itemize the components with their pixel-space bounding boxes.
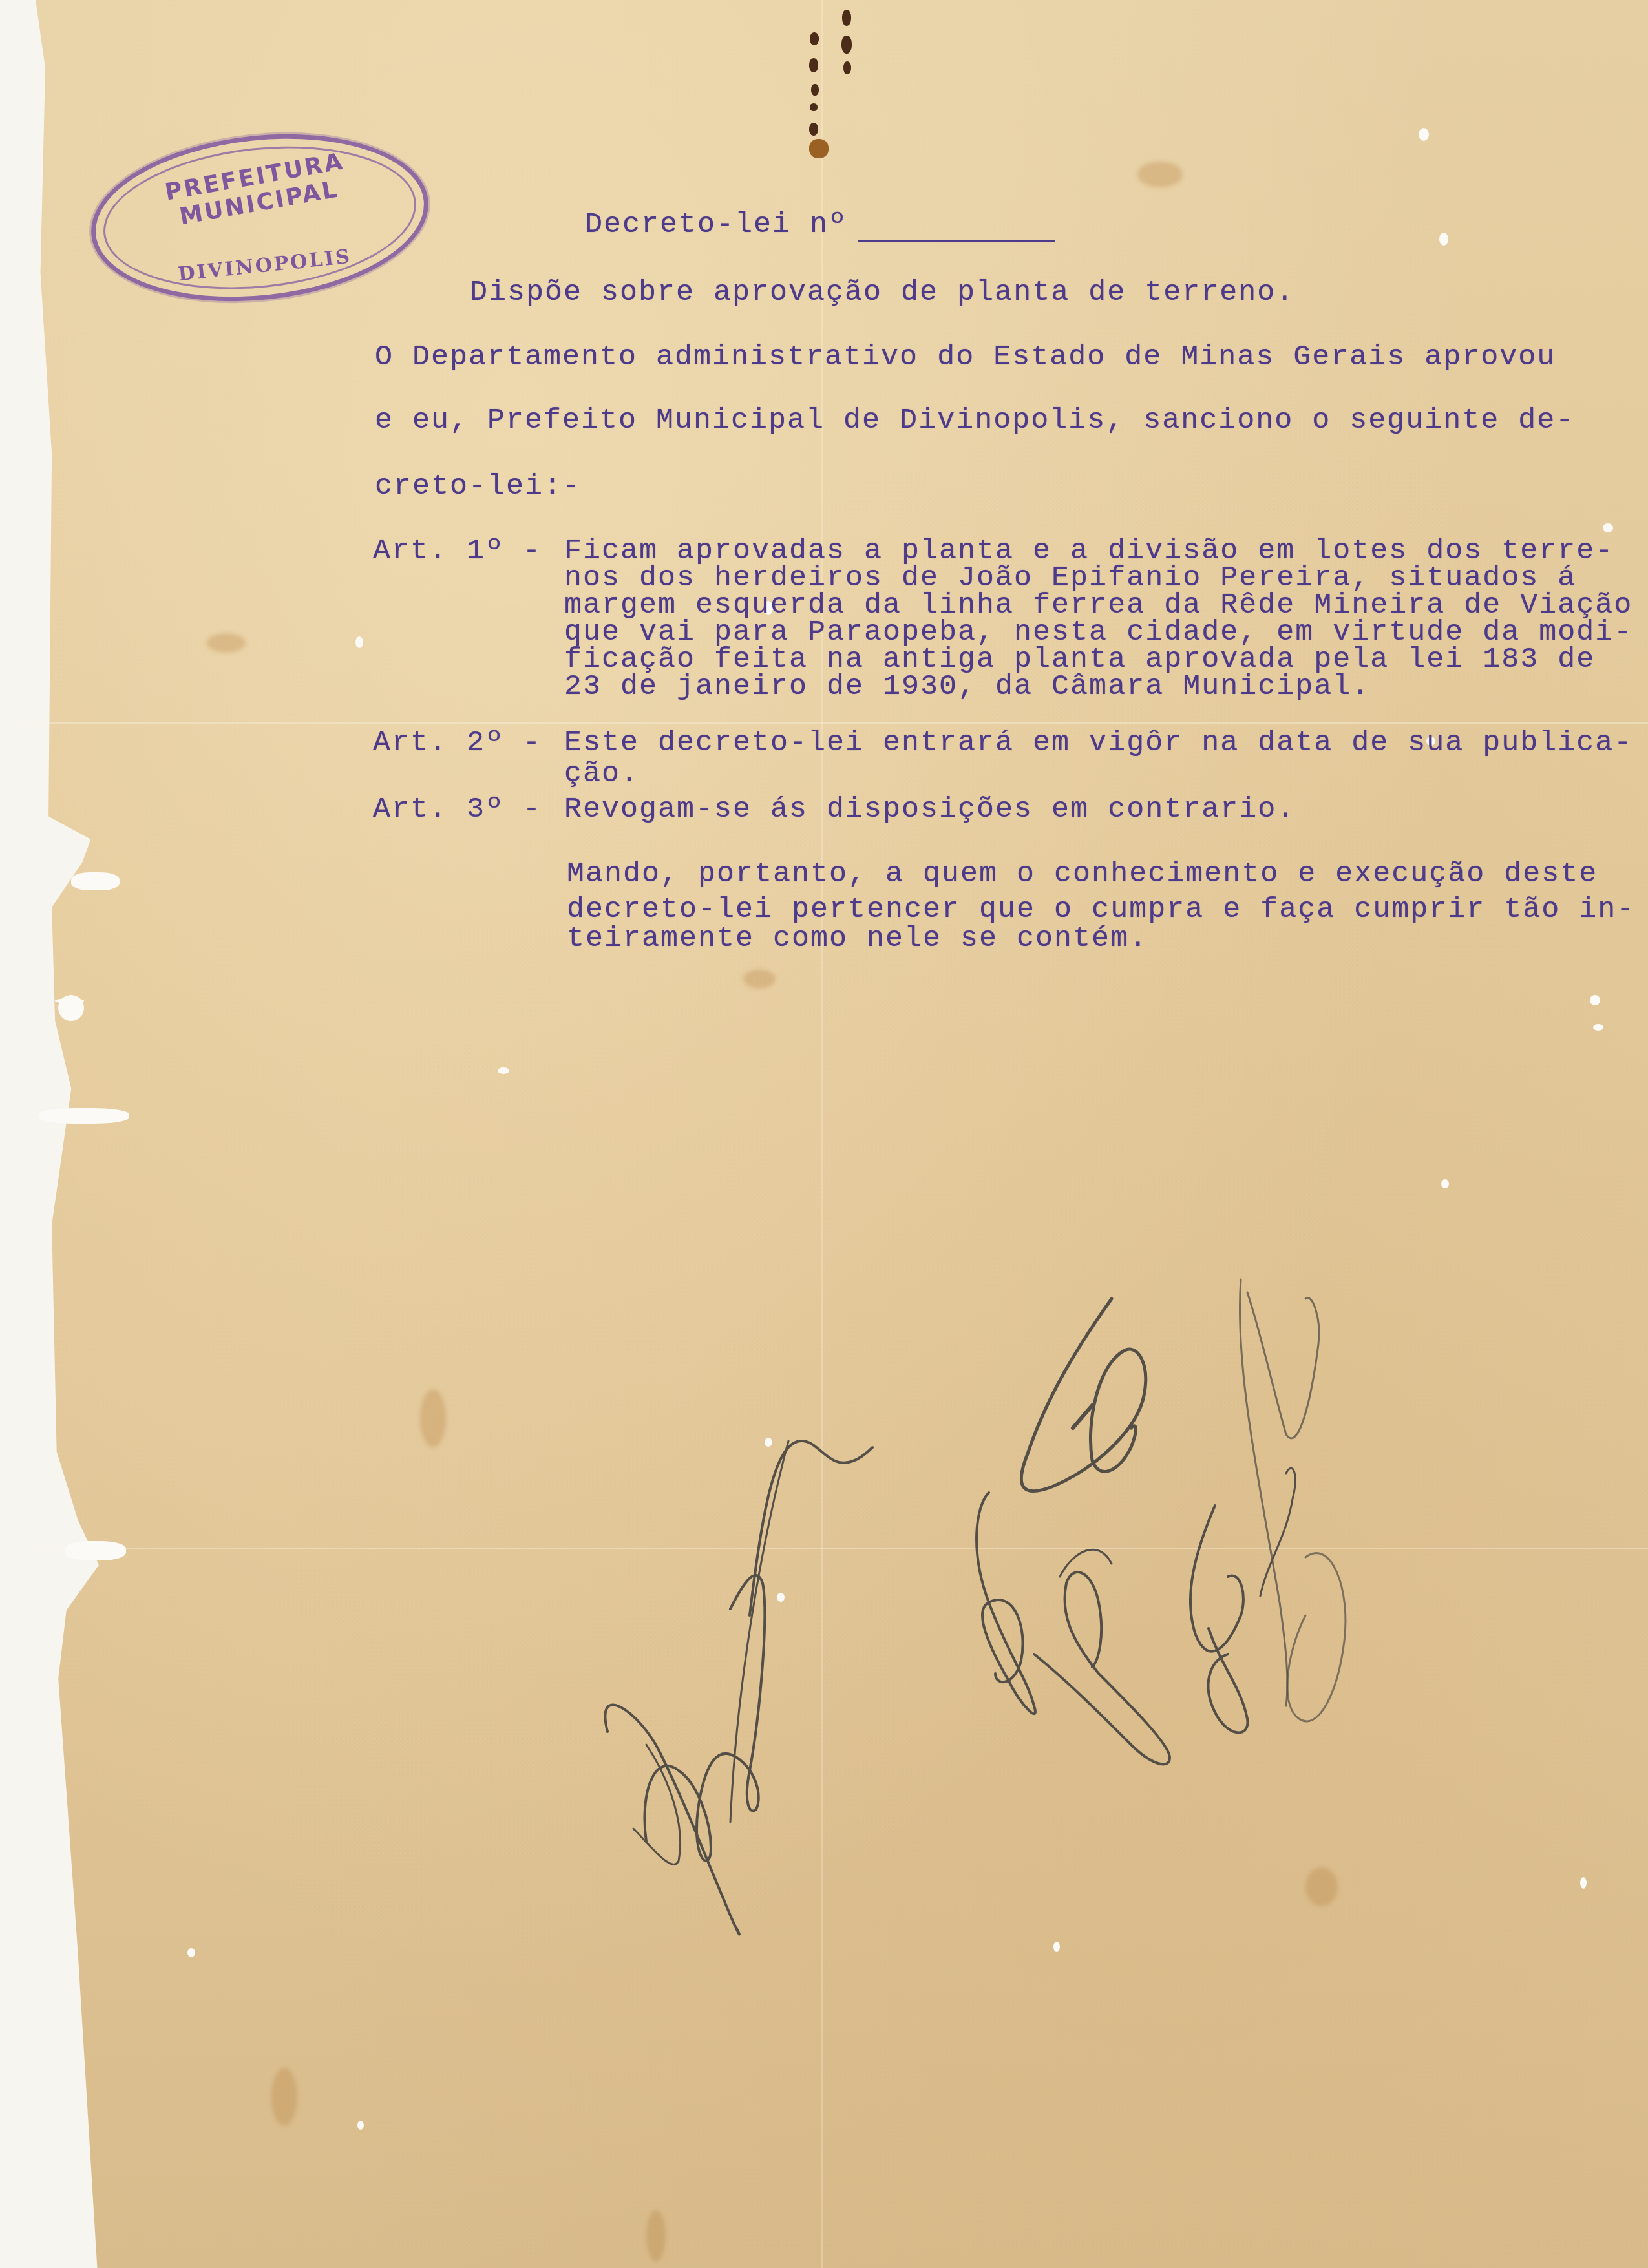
handwritten-signature — [0, 0, 1648, 2268]
